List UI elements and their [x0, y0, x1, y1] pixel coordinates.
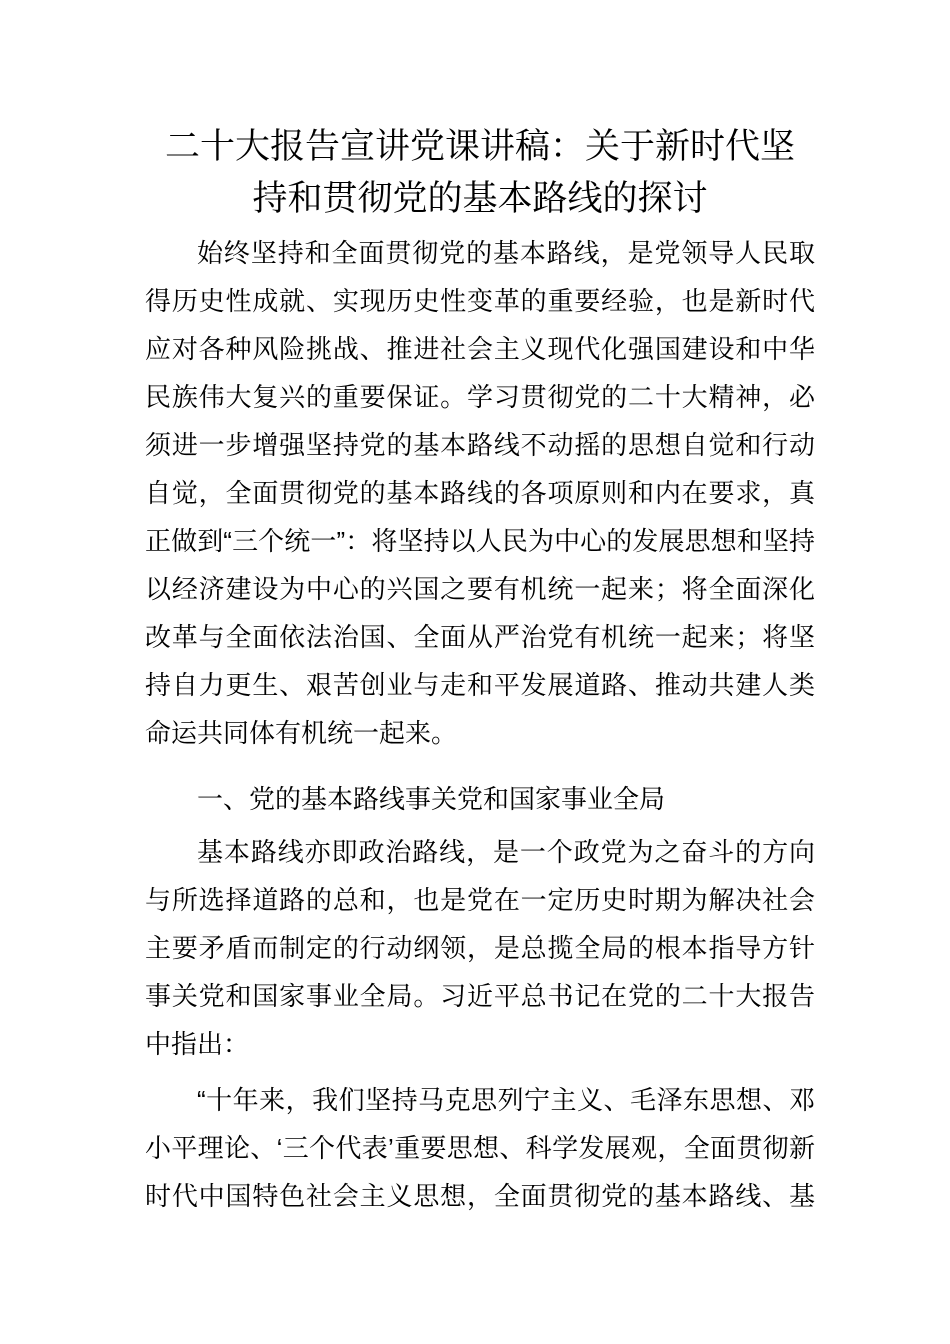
text-line: 与所选择道路的总和，也是党在一定历史时期为解决社会 — [145, 876, 815, 924]
document-page: 二十大报告宣讲党课讲稿：关于新时代坚 持和贯彻党的基本路线的探讨 始终坚持和全面… — [0, 0, 950, 1344]
title-line: 持和贯彻党的基本路线的探讨 — [145, 173, 815, 225]
text-line: 基本路线亦即政治路线，是一个政党为之奋斗的方向 — [145, 828, 815, 876]
document-title: 二十大报告宣讲党课讲稿：关于新时代坚 持和贯彻党的基本路线的探讨 — [145, 121, 815, 225]
text-line: 事关党和国家事业全局。习近平总书记在党的二十大报告 — [145, 972, 815, 1020]
text-line: 持自力更生、艰苦创业与走和平发展道路、推动共建人类 — [145, 661, 815, 709]
text-line: 民族伟大复兴的重要保证。学习贯彻党的二十大精神，必 — [145, 373, 815, 421]
text-line: 须进一步增强坚持党的基本路线不动摇的思想自觉和行动 — [145, 421, 815, 469]
paragraph-intro: 始终坚持和全面贯彻党的基本路线，是党领导人民取 得历史性成就、实现历史性变革的重… — [145, 229, 815, 757]
text-line: 主要矛盾而制定的行动纲领，是总揽全局的根本指导方针 — [145, 924, 815, 972]
section-heading: 一、党的基本路线事关党和国家事业全局 — [145, 775, 815, 823]
heading-line: 一、党的基本路线事关党和国家事业全局 — [145, 775, 815, 823]
text-line: 命运共同体有机统一起来。 — [145, 709, 815, 757]
text-line: 改革与全面依法治国、全面从严治党有机统一起来；将坚 — [145, 613, 815, 661]
paragraph-quote: “十年来，我们坚持马克思列宁主义、毛泽东思想、邓 小平理论、‘三个代表’重要思想… — [145, 1076, 815, 1220]
text-line: 应对各种风险挑战、推进社会主义现代化强国建设和中华 — [145, 325, 815, 373]
text-line: 时代中国特色社会主义思想，全面贯彻党的基本路线、基 — [145, 1172, 815, 1220]
text-line: 小平理论、‘三个代表’重要思想、科学发展观，全面贯彻新 — [145, 1124, 815, 1172]
paragraph-section-one: 基本路线亦即政治路线，是一个政党为之奋斗的方向 与所选择道路的总和，也是党在一定… — [145, 828, 815, 1068]
text-line: 自觉，全面贯彻党的基本路线的各项原则和内在要求，真 — [145, 469, 815, 517]
text-line: “十年来，我们坚持马克思列宁主义、毛泽东思想、邓 — [145, 1076, 815, 1124]
text-line: 以经济建设为中心的兴国之要有机统一起来；将全面深化 — [145, 565, 815, 613]
text-line: 得历史性成就、实现历史性变革的重要经验，也是新时代 — [145, 277, 815, 325]
text-line: 中指出： — [145, 1020, 815, 1068]
text-line: 正做到“三个统一”：将坚持以人民为中心的发展思想和坚持 — [145, 517, 815, 565]
title-line: 二十大报告宣讲党课讲稿：关于新时代坚 — [145, 121, 815, 173]
text-line: 始终坚持和全面贯彻党的基本路线，是党领导人民取 — [145, 229, 815, 277]
